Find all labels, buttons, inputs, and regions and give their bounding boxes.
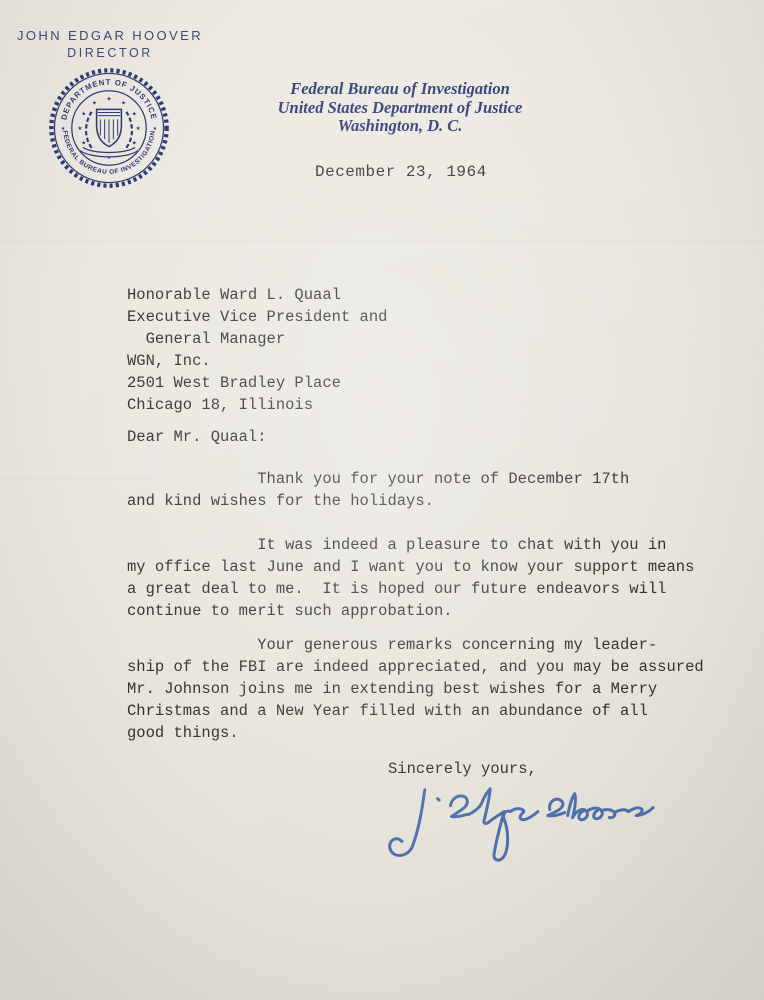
text-line: Christmas and a New Year filled with an … [127, 700, 704, 722]
text-line: 2501 West Bradley Place [127, 372, 387, 394]
sender-block: JOHN EDGAR HOOVER DIRECTOR [10, 28, 210, 60]
signature-j-edgar-hoover [383, 780, 661, 868]
svg-text:★: ★ [132, 139, 137, 146]
text-line: Federal Bureau of Investigation [226, 80, 574, 99]
sender-name: JOHN EDGAR HOOVER [10, 28, 210, 43]
text-line: and kind wishes for the holidays. [127, 490, 629, 512]
fbi-seal-icon: DEPARTMENT OF JUSTICE FEDERAL BUREAU OF … [47, 66, 171, 190]
svg-text:★: ★ [106, 96, 111, 103]
text-line: WGN, Inc. [127, 350, 387, 372]
svg-text:★: ★ [132, 110, 137, 117]
text-line: a great deal to me. It is hoped our futu… [127, 578, 694, 600]
svg-text:★: ★ [92, 100, 97, 107]
text-line: Chicago 18, Illinois [127, 394, 387, 416]
svg-text:★: ★ [136, 125, 141, 132]
letterhead-org-lines: Federal Bureau of InvestigationUnited St… [226, 80, 574, 136]
sender-title: DIRECTOR [10, 46, 210, 60]
valediction: Sincerely yours, [388, 760, 537, 778]
seal-shield [97, 109, 122, 146]
svg-text:★: ★ [77, 125, 82, 132]
recipient-address: Honorable Ward L. QuaalExecutive Vice Pr… [127, 284, 387, 416]
text-line: Washington, D. C. [226, 117, 574, 136]
text-line: Your generous remarks concerning my lead… [127, 634, 704, 656]
svg-text:★: ★ [121, 100, 126, 107]
salutation: Dear Mr. Quaal: [127, 428, 267, 446]
text-line: ship of the FBI are indeed appreciated, … [127, 656, 704, 678]
text-line: Thank you for your note of December 17th [127, 468, 629, 490]
svg-text:★: ★ [81, 139, 86, 146]
text-line: It was indeed a pleasure to chat with yo… [127, 534, 694, 556]
text-line: Mr. Johnson joins me in extending best w… [127, 678, 704, 700]
body-paragraph-2: It was indeed a pleasure to chat with yo… [127, 534, 694, 622]
body-paragraph-3: Your generous remarks concerning my lead… [127, 634, 704, 744]
text-line: good things. [127, 722, 704, 744]
svg-text:★: ★ [153, 126, 158, 132]
paper-fold-crease-top [0, 241, 764, 243]
date-line: December 23, 1964 [315, 163, 487, 181]
text-line: Executive Vice President and [127, 306, 387, 328]
text-line: Honorable Ward L. Quaal [127, 284, 387, 306]
text-line: my office last June and I want you to kn… [127, 556, 694, 578]
letter-page: JOHN EDGAR HOOVER DIRECTOR DEPARTMENT OF… [0, 0, 764, 1000]
svg-text:★: ★ [81, 110, 86, 117]
seal-banner [82, 149, 137, 155]
text-line: General Manager [127, 328, 387, 350]
body-paragraph-1: Thank you for your note of December 17th… [127, 468, 629, 512]
text-line: continue to merit such approbation. [127, 600, 694, 622]
text-line: United States Department of Justice [226, 99, 574, 118]
svg-text:★: ★ [61, 126, 66, 132]
